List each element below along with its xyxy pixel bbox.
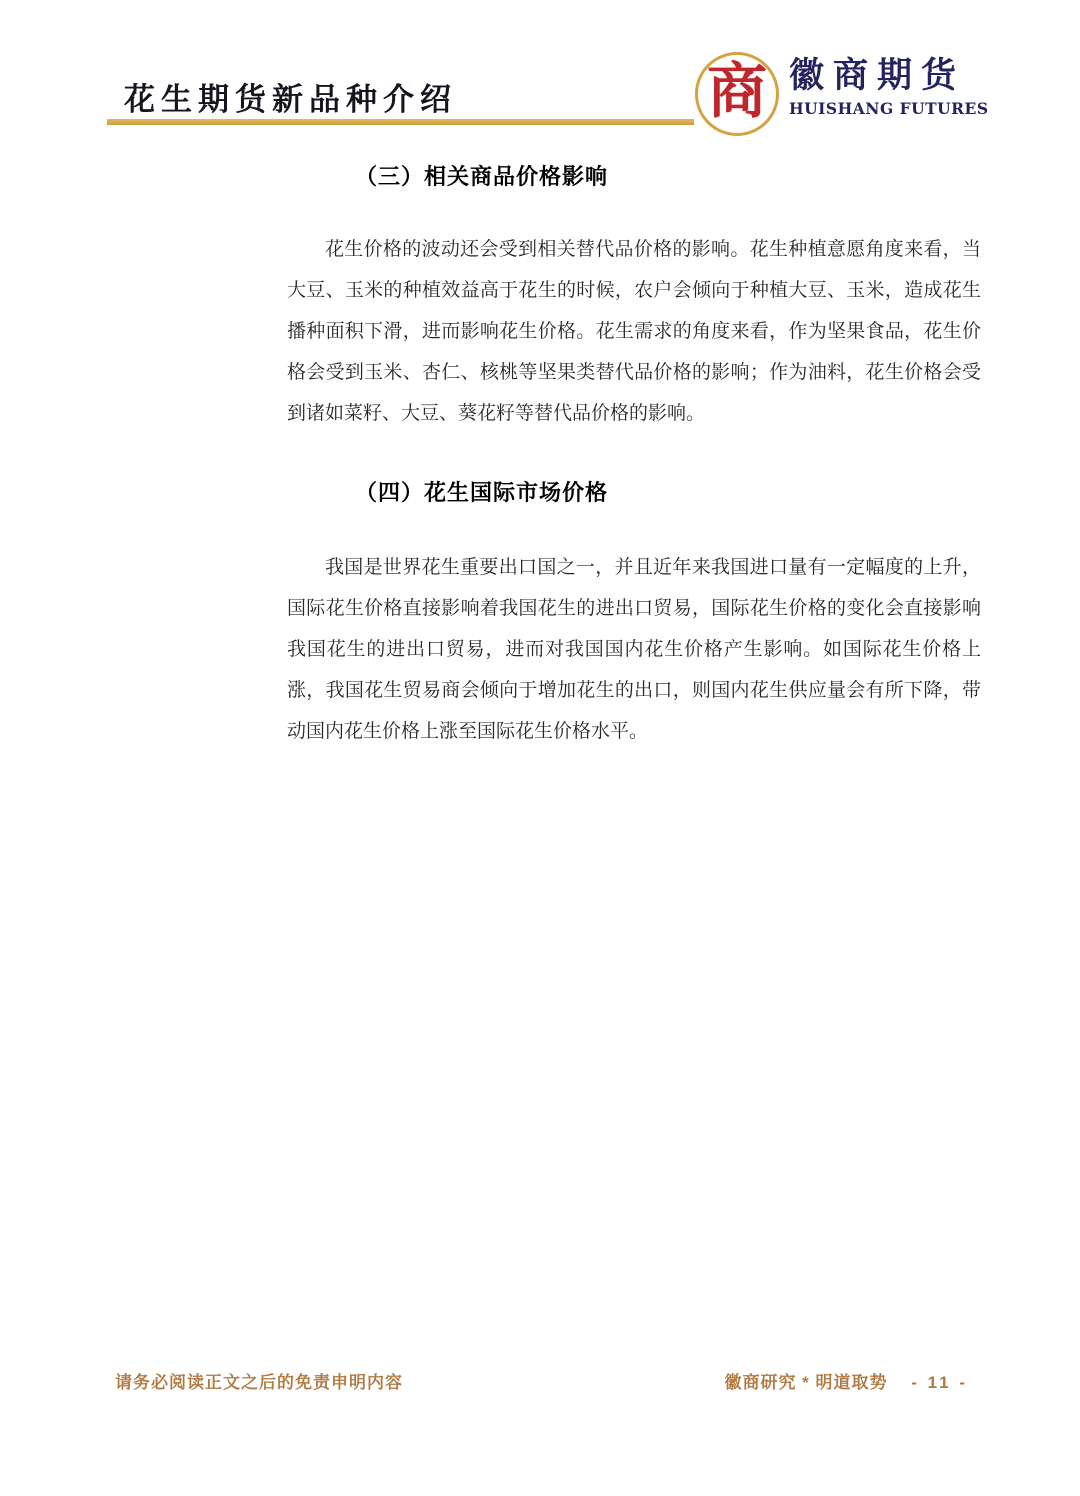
footer-page-number: - 11 - [911,1373,968,1392]
section-body-related-commodity-prices: 花生价格的波动还会受到相关替代品价格的影响。花生种植意愿角度来看，当大豆、玉米的… [287,229,981,434]
document-title: 花生期货新品种介绍 [124,74,457,119]
report-page: 花生期货新品种介绍 商 徽商期货 HUISHANG FUTURES （三）相关商… [0,0,1080,1496]
brand-name-en: HUISHANG FUTURES [789,99,989,118]
section-heading-international-market-price: （四）花生国际市场价格 [355,476,608,507]
footer-right-block: 徽商研究 * 明道取势 - 11 - [724,1368,968,1393]
header-divider [107,119,694,125]
brand-name-block: 徽商期货 HUISHANG FUTURES [789,52,989,118]
section-heading-related-commodity-prices: （三）相关商品价格影响 [355,160,608,191]
logo-emblem-character: 商 [707,62,767,122]
logo-emblem-icon: 商 [695,52,779,136]
footer-slogan: 徽商研究 * 明道取势 [724,1373,887,1392]
brand-name-cn: 徽商期货 [789,56,989,96]
footer-disclaimer: 请务必阅读正文之后的免责申明内容 [115,1368,403,1393]
section-body-international-market-price: 我国是世界花生重要出口国之一，并且近年来我国进口量有一定幅度的上升，国际花生价格… [287,547,981,752]
company-logo: 商 徽商期货 HUISHANG FUTURES [695,52,989,136]
